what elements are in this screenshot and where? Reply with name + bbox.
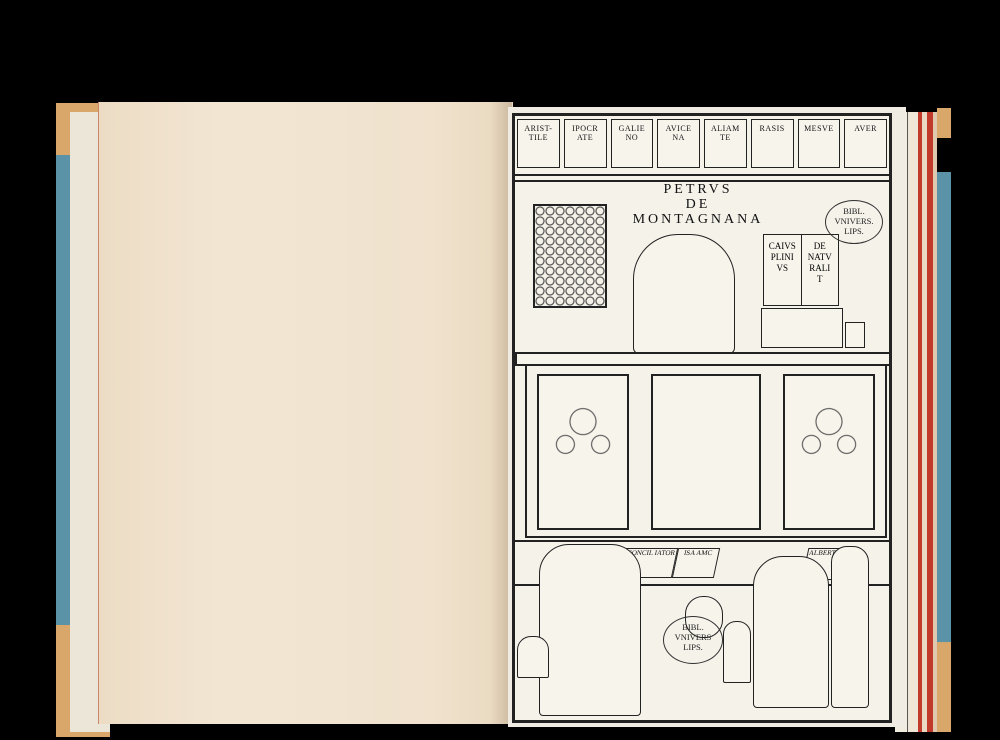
carved-panel-left — [537, 374, 629, 530]
seated-woman-figure — [753, 556, 829, 708]
stamp-line: BIBL. — [664, 622, 722, 632]
shelf-book: IPOCR ATE — [564, 119, 607, 168]
shelf-book: AVICE NA — [657, 119, 700, 168]
left-cover-blue-paper — [56, 155, 70, 625]
left-blank-page — [98, 102, 513, 724]
lower-book: ISA AMC — [672, 548, 720, 578]
text-line: VS — [764, 263, 801, 274]
title-line: PETRVS — [623, 182, 773, 197]
text-line: PLINI — [764, 252, 801, 263]
book-shelf: ARIST- TILE IPOCR ATE GALIE NO AVICE NA … — [515, 116, 889, 176]
library-stamp-upper: BIBL. VNIVERS. LIPS. — [825, 200, 883, 244]
text-line: RALI — [802, 263, 839, 274]
title-line: DE — [623, 197, 773, 212]
shelf-book: RASIS — [751, 119, 794, 168]
carved-cabinet — [525, 364, 887, 538]
title-line: MONTAGNANA — [623, 212, 773, 227]
lower-shelf-line — [515, 540, 889, 542]
text-line: CAIVS — [764, 241, 801, 252]
servant-figure — [831, 546, 869, 708]
book-label: ISA AMC — [683, 549, 713, 557]
stamp-line: LIPS. — [664, 642, 722, 652]
shelf-book: GALIE NO — [611, 119, 654, 168]
shelf-book: AVER — [844, 119, 887, 168]
open-cupboard — [651, 374, 761, 530]
stamp-line: BIBL. — [826, 206, 882, 216]
lectern-book-right-page: DE NATV RALI T — [802, 235, 839, 305]
lectern-stand — [761, 308, 843, 348]
shelf-book: ARIST- TILE — [517, 119, 560, 168]
shelf-book: ALIAM TE — [704, 119, 747, 168]
stamp-line: LIPS. — [826, 226, 882, 236]
carved-panel-right — [783, 374, 875, 530]
text-line: DE — [802, 241, 839, 252]
seated-man-figure — [539, 544, 641, 716]
hourglass — [845, 322, 865, 348]
stamp-line: VNIVERS. — [826, 216, 882, 226]
basket-middle — [723, 621, 751, 683]
shelf-book: MESVE — [798, 119, 841, 168]
text-line: T — [802, 274, 839, 285]
basket-left — [517, 636, 549, 678]
bullseye-window — [533, 204, 607, 308]
text-line: NATV — [802, 252, 839, 263]
lectern-book: CAIVS PLINI VS DE NATV RALI T — [763, 234, 839, 306]
stamp-line: VNIVERS — [664, 632, 722, 642]
woodcut-frontispiece: ARIST- TILE IPOCR ATE GALIE NO AVICE NA … — [512, 113, 892, 723]
woodcut-title: PETRVS DE MONTAGNANA — [623, 182, 773, 227]
lectern-book-left-page: CAIVS PLINI VS — [764, 235, 802, 305]
library-stamp-lower: BIBL. VNIVERS LIPS. — [663, 616, 723, 664]
scholar-figure — [633, 234, 735, 354]
